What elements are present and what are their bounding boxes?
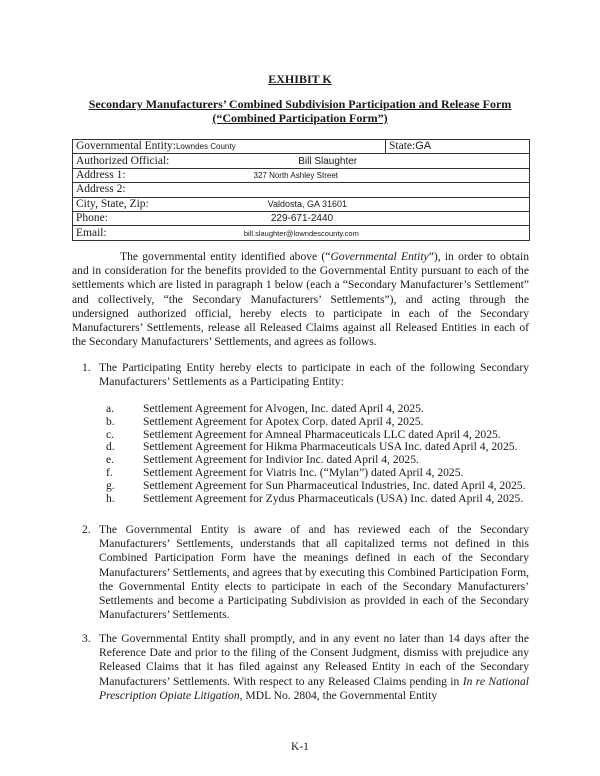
- settlement-text: Settlement Agreement for Alvogen, Inc. d…: [143, 403, 424, 416]
- settlement-letter: b.: [106, 416, 143, 429]
- row-authorized-official: Authorized Official: Bill Slaughter: [73, 154, 530, 168]
- exhibit-heading: EXHIBIT K: [0, 72, 600, 87]
- settlement-text: Settlement Agreement for Zydus Pharmaceu…: [143, 493, 523, 506]
- item-3-text: The Governmental Entity shall promptly, …: [99, 632, 529, 703]
- item-2-text: The Governmental Entity is aware of and …: [99, 523, 529, 622]
- item-1: 1. The Participating Entity hereby elect…: [82, 361, 529, 389]
- row-governmental-entity: Governmental Entity:Lowndes County State…: [73, 140, 530, 154]
- settlement-text: Settlement Agreement for Viatris Inc. (“…: [143, 467, 463, 480]
- row-phone: Phone: 229-671-2440: [73, 211, 530, 225]
- settlement-text: Settlement Agreement for Sun Pharmaceuti…: [143, 480, 526, 493]
- intro-defined-term: Governmental Entity: [330, 250, 428, 263]
- item-3-number: 3.: [82, 632, 91, 646]
- item-3-text-post: , MDL No. 2804, the Governmental Entity: [240, 689, 438, 702]
- page-number: K-1: [0, 741, 600, 753]
- form-title-line1: Secondary Manufacturers’ Combined Subdiv…: [0, 97, 600, 111]
- state-field[interactable]: GA: [415, 140, 431, 152]
- form-title: Secondary Manufacturers’ Combined Subdiv…: [0, 97, 600, 125]
- address2-label: Address 2:: [76, 183, 126, 196]
- settlement-letter: f.: [106, 467, 143, 480]
- address1-field[interactable]: 327 North Ashley Street: [73, 169, 527, 182]
- item-2-number: 2.: [82, 523, 91, 537]
- phone-field[interactable]: 229-671-2440: [78, 212, 526, 225]
- settlement-letter: h.: [106, 493, 143, 506]
- governmental-entity-label: Governmental Entity:: [76, 140, 176, 152]
- item-3: 3. The Governmental Entity shall promptl…: [82, 632, 529, 703]
- item-1-text: The Participating Entity hereby elects t…: [99, 361, 529, 389]
- settlement-text: Settlement Agreement for Apotex Corp. da…: [143, 416, 423, 429]
- state-label: State:: [389, 140, 415, 152]
- row-address1: Address 1: 327 North Ashley Street: [73, 168, 530, 182]
- settlement-item: f.Settlement Agreement for Viatris Inc. …: [106, 467, 536, 480]
- settlement-letter: a.: [106, 403, 143, 416]
- settlement-item: a.Settlement Agreement for Alvogen, Inc.…: [106, 403, 536, 416]
- intro-text-post: ”), in order to obtain and in considerat…: [72, 250, 529, 348]
- email-field[interactable]: bill.slaughter@lowndescounty.com: [77, 227, 526, 240]
- governmental-entity-field[interactable]: Lowndes County: [176, 142, 236, 151]
- row-email: Email: bill.slaughter@lowndescounty.com: [73, 226, 530, 240]
- authorized-official-field[interactable]: Bill Slaughter: [129, 155, 526, 168]
- entity-info-table: Governmental Entity:Lowndes County State…: [72, 139, 530, 241]
- row-city-state-zip: City, State, Zip: Valdosta, GA 31601: [73, 197, 530, 211]
- form-title-line2: (“Combined Participation Form”): [0, 111, 600, 125]
- settlement-item: g.Settlement Agreement for Sun Pharmaceu…: [106, 480, 536, 493]
- settlement-item: b.Settlement Agreement for Apotex Corp. …: [106, 416, 536, 429]
- settlement-letter: g.: [106, 480, 143, 493]
- item-2: 2. The Governmental Entity is aware of a…: [82, 523, 529, 622]
- settlement-list: a.Settlement Agreement for Alvogen, Inc.…: [106, 403, 536, 505]
- settlement-item: h.Settlement Agreement for Zydus Pharmac…: [106, 493, 536, 506]
- row-address2: Address 2:: [73, 183, 530, 197]
- intro-text-pre: The governmental entity identified above…: [120, 250, 330, 263]
- item-1-number: 1.: [82, 361, 91, 375]
- city-state-zip-field[interactable]: Valdosta, GA 31601: [89, 198, 526, 211]
- intro-paragraph: The governmental entity identified above…: [72, 250, 529, 349]
